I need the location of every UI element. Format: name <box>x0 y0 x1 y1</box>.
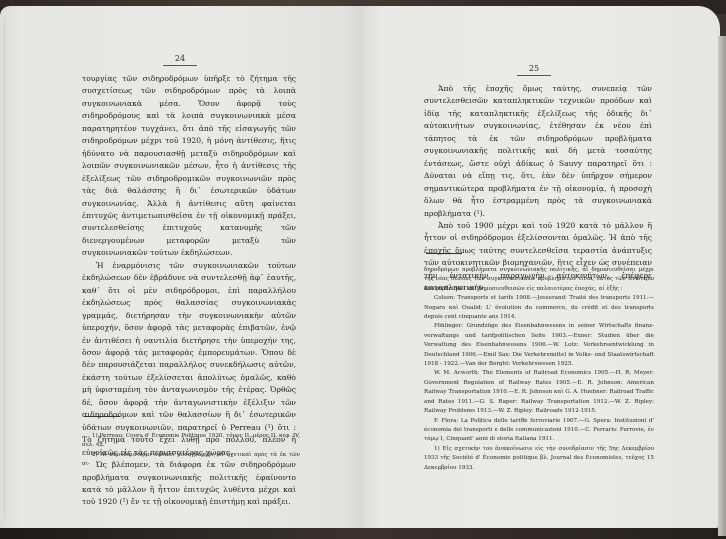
footnote: W. M. Acworth: The Elements of Railroad … <box>424 369 654 416</box>
page-edge-line <box>4 18 5 518</box>
body-text: Ἀπὸ τῆς ἐποχῆς ὅμως ταύτης, συνεπείᾳ τῶν… <box>424 83 652 295</box>
right-page: 25 Ἀπὸ τῆς ἐποχῆς ὅμως ταύτης, συνεπείᾳ … <box>362 6 720 528</box>
footnote: 1) Εἰς σχετικὴν του ἀνακοίνωσιν εἰς τὴν … <box>424 445 654 473</box>
footnote: δηροδρόμων προβλήματα συγκοινωνιακῆς πολ… <box>424 266 654 294</box>
page-stack-edge <box>718 36 726 536</box>
footnote: Föhlinger: Grundzüge des Eisenbahnwesens… <box>424 322 654 369</box>
page-number: 25 <box>514 64 554 76</box>
footnotes: δηροδρόμων προβλήματα συγκοινωνιακῆς πολ… <box>424 266 654 473</box>
left-page: 24 τουργίας τῶν σιδηροδρόμων ὑπῆρξε τὸ ζ… <box>0 6 362 528</box>
footnote: F. Flora: La Politica delle tariffe ferr… <box>424 417 654 445</box>
paragraph: τουργίας τῶν σιδηροδρόμων ὑπῆρξε τὸ ζήτη… <box>82 73 296 260</box>
footnotes: 1) Perreau: Cours d' Économie Politique … <box>82 432 300 470</box>
footnote: Colson: Transports et tarifs 1908.—Josse… <box>424 294 654 322</box>
book-spread: 24 τουργίας τῶν σιδηροδρόμων ὑπῆρξε τὸ ζ… <box>0 6 726 528</box>
paragraph: Ἡ ἐναρμόνισις τῶν συγκοινωνιακῶν τούτων … <box>82 260 296 459</box>
footnote: 2) Αἱ σπουδαιότεραι εἰδικαὶ μονογραφίαι,… <box>82 451 300 470</box>
footnote-rule <box>426 253 462 254</box>
footnote: 1) Perreau: Cours d' Économie Politique … <box>82 432 300 451</box>
paragraph: Ἀπὸ τῆς ἐποχῆς ὅμως ταύτης, συνεπείᾳ τῶν… <box>424 83 652 220</box>
page-number: 24 <box>160 54 200 66</box>
footnote-rule <box>84 416 120 417</box>
